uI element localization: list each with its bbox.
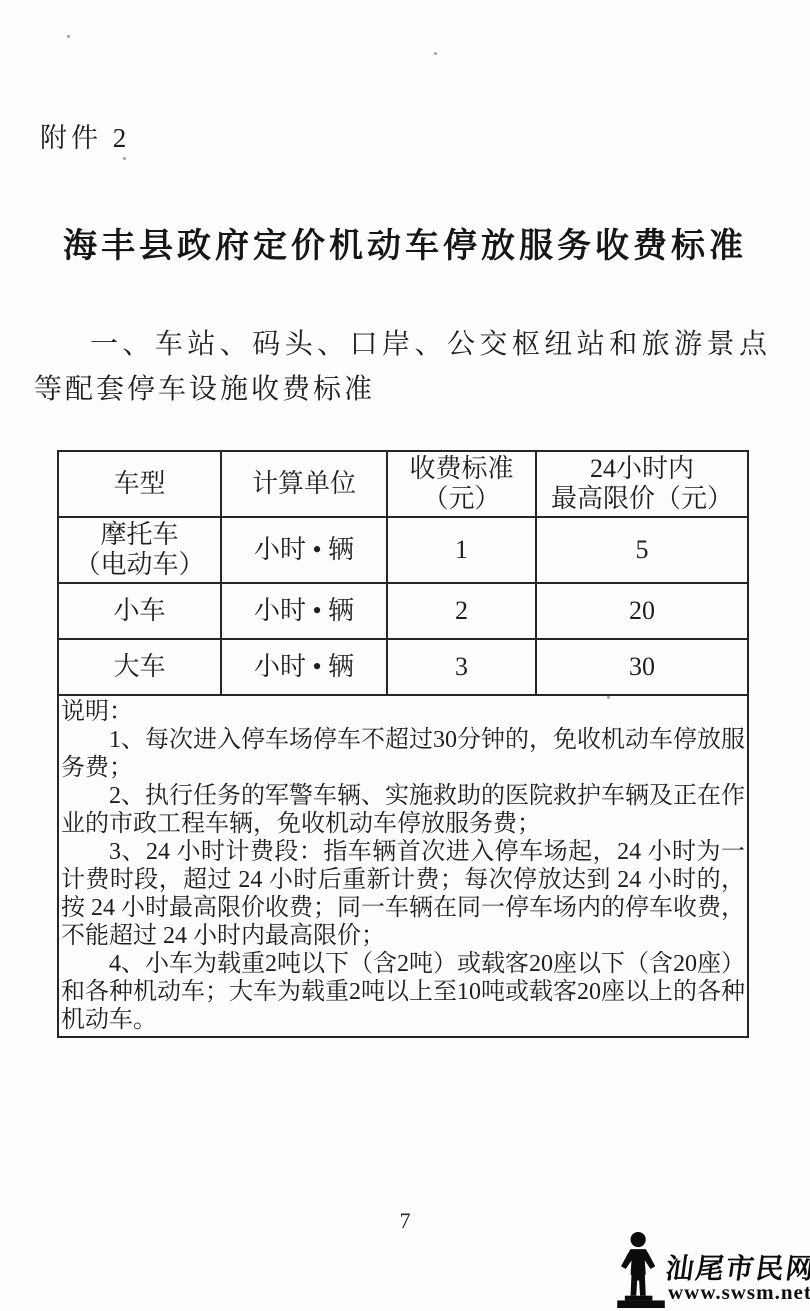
header-label-line1: 24小时内: [539, 454, 745, 484]
notes-label: 说明：: [61, 698, 745, 726]
table-row-motorcycle: 摩托车 （电动车） 小时 • 辆 1 5: [58, 517, 748, 583]
section-heading: 一、车站、码头、口岸、公交枢纽站和旅游景点等配套停车设施收费标准: [34, 322, 770, 412]
table-row-small-vehicle: 小车 小时 • 辆 2 20: [58, 583, 748, 639]
attachment-label: 附件 2: [40, 116, 130, 155]
header-unit: 计算单位: [221, 451, 387, 517]
cell-vehicle-type: 小车: [58, 583, 221, 639]
notes-cell: 说明： 1、每次进入停车场停车不超过30分钟的，免收机动车停放服务费； 2、执行…: [58, 695, 748, 1037]
note-item-4: 4、小车为载重2吨以下（含2吨）或载客20座以下（含20座）和各种机动车；大车为…: [61, 950, 745, 1034]
header-rate: 收费标准 （元）: [387, 451, 536, 517]
person-silhouette-icon: [612, 1231, 670, 1309]
cell-daily-cap: 20: [536, 583, 748, 639]
header-daily-cap: 24小时内 最高限价（元）: [536, 451, 748, 517]
scan-speck: [67, 35, 70, 38]
scanned-document-page: { "colors": { "background": "#fdfdfd", "…: [0, 0, 810, 1311]
page-title: 海丰县政府定价机动车停放服务收费标准: [0, 218, 810, 267]
cell-rate: 1: [387, 517, 536, 583]
header-label: 车型: [61, 469, 218, 499]
header-label-line2: （元）: [390, 484, 533, 514]
note-item-1: 1、每次进入停车场停车不超过30分钟的，免收机动车停放服务费；: [61, 726, 745, 782]
cell-unit: 小时 • 辆: [221, 583, 387, 639]
cell-rate: 3: [387, 639, 536, 695]
cell-vehicle-type: 摩托车 （电动车）: [58, 517, 221, 583]
site-watermark: 汕尾市民网 www.swsm.net: [610, 1231, 806, 1309]
vehicle-name-line2: （电动车）: [61, 550, 218, 580]
watermark-site-url: www.swsm.net: [668, 1280, 810, 1305]
header-label: 计算单位: [224, 469, 384, 499]
cell-unit: 小时 • 辆: [221, 517, 387, 583]
table-notes-row: 说明： 1、每次进入停车场停车不超过30分钟的，免收机动车停放服务费； 2、执行…: [58, 695, 748, 1037]
cell-rate: 2: [387, 583, 536, 639]
scan-speck: [434, 52, 437, 55]
scan-speck: [123, 157, 126, 160]
cell-vehicle-type: 大车: [58, 639, 221, 695]
header-label-line1: 收费标准: [390, 454, 533, 484]
cell-unit: 小时 • 辆: [221, 639, 387, 695]
parking-fee-table: 车型 计算单位 收费标准 （元） 24小时内 最高限价（元） 摩托车 （电动车）…: [57, 450, 749, 1038]
table-row-large-vehicle: 大车 小时 • 辆 3 30: [58, 639, 748, 695]
header-vehicle-type: 车型: [58, 451, 221, 517]
table-header-row: 车型 计算单位 收费标准 （元） 24小时内 最高限价（元）: [58, 451, 748, 517]
note-item-2: 2、执行任务的军警车辆、实施救助的医院救护车辆及正在作业的市政工程车辆，免收机动…: [61, 782, 745, 838]
cell-daily-cap: 30: [536, 639, 748, 695]
header-label-line2: 最高限价（元）: [539, 484, 745, 514]
note-item-3: 3、24 小时计费段：指车辆首次进入停车场起，24 小时为一计费时段，超过 24…: [61, 838, 745, 950]
vehicle-name-line1: 摩托车: [61, 520, 218, 550]
cell-daily-cap: 5: [536, 517, 748, 583]
